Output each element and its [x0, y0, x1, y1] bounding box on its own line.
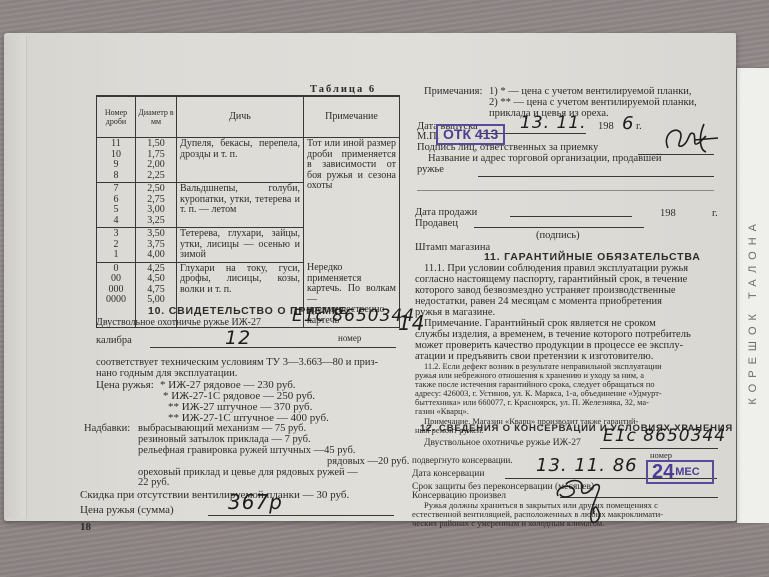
total-price-handwritten[interactable]: 367р [228, 490, 283, 514]
store-line-2 [417, 190, 714, 191]
surcharge-item: 22 руб. [138, 477, 169, 489]
protection-stamp: 24 МЕС [646, 460, 714, 484]
seller-line [474, 227, 644, 228]
next-page-vertical-text: КОРЕШОК ТАЛОНА [747, 218, 759, 405]
subjected-label: подвергнуто консервации. [412, 454, 513, 466]
serial-number-handwritten: E1c 8650344 [292, 306, 415, 326]
notes-label: Примечания: [424, 86, 482, 98]
shop-stamp-label: Штамп магазина [415, 242, 490, 254]
header-diameter: Диаметр в мм [136, 96, 177, 138]
acceptance-signature-icon [660, 118, 720, 158]
section-11-title: 11. ГАРАНТИЙНЫЕ ОБЯЗАТЕЛЬСТВА [484, 251, 701, 263]
number-label: номер [338, 332, 361, 344]
store-label: Название и адрес торговой организации, п… [428, 153, 662, 165]
caliber-line [150, 347, 396, 348]
game-cell: Вальдшнепы, голуби, куропатки, утки, тет… [177, 183, 304, 228]
warranty-text-small: 11.2. Если дефект возник в результате не… [424, 362, 662, 371]
shot-numbers: 321 [97, 228, 136, 263]
protection-stamp-unit: МЕС [675, 466, 699, 478]
warranty-text-small: также после истечения гарантийного срока… [415, 380, 655, 389]
discount-text: Скидка при отсутствии вентилируемой план… [80, 489, 349, 501]
store-line [478, 176, 714, 177]
conservation-gun-label: Двуствольное охотничье ружье ИЖ-27 [424, 437, 581, 449]
conservation-date-handwritten[interactable]: 13. 11. 86 [536, 455, 638, 476]
conservation-serial-handwritten: E1c 8650344 [603, 426, 726, 446]
signature-hint: (подпись) [536, 230, 580, 242]
page-stack-edge [4, 36, 27, 518]
next-page-edge: КОРЕШОК ТАЛОНА [737, 68, 769, 523]
caliber-label: калибра [96, 335, 132, 347]
release-year-prefix: 198 [598, 121, 614, 133]
surcharge-item: рельефная гравировка ружей штучных —45 р… [138, 445, 355, 457]
page-number: 18 [80, 521, 91, 533]
note-cell: Тот или иной размер дроби применяется в … [304, 138, 400, 263]
total-price-label: Цена ружья (сумма) [80, 504, 174, 516]
sale-date-line [510, 216, 632, 217]
table-row-group-1: 111098 1,501,752,002,25 Дупеля, бекасы, … [97, 138, 400, 183]
diameters: 2,502,753,003,25 [136, 183, 177, 228]
header-note: Примечание [304, 96, 400, 138]
surcharge-item: ореховый приклад и цевье для рядовых руж… [138, 467, 358, 479]
storage-text: ческих районах с умеренным и холодным кл… [412, 519, 604, 528]
warranty-text-small: газин «Кварц». [415, 407, 469, 416]
release-year-handwritten[interactable]: 6 [622, 113, 634, 134]
shot-numbers: 7654 [97, 183, 136, 228]
diameters: 1,501,752,002,25 [136, 138, 177, 183]
seller-label: Продавец [415, 218, 458, 230]
total-price-line [208, 515, 394, 516]
protection-stamp-number: 24 [652, 462, 674, 482]
diameters: 3,503,754,00 [136, 228, 177, 263]
surcharge-label: Надбавки: [84, 423, 130, 435]
header-game: Дичь [177, 96, 304, 138]
game-cell: Тетерева, глухари, зайцы, утки, лисицы —… [177, 228, 304, 263]
sale-year-suffix: г. [712, 208, 718, 220]
header-shot-number: Номер дроби [97, 96, 136, 138]
caliber-handwritten[interactable]: 12 [225, 327, 251, 349]
conservation-date-label: Дата консервации [412, 468, 484, 480]
release-date-handwritten[interactable]: 13. 11. [520, 113, 586, 133]
shot-numbers: 111098 [97, 138, 136, 183]
price-label: Цена ружья: [96, 379, 154, 391]
game-cell: Дупеля, бекасы, перепела, дрозды и т. п. [177, 138, 304, 183]
sale-year: 198 [660, 208, 676, 220]
year-suffix: г. [636, 121, 642, 133]
warranty-text-small: ружья или небрежного отношения к хранени… [415, 371, 644, 380]
warranty-text-small: адресу: 426003, г. Устинов, ул. К. Маркс… [415, 389, 662, 398]
warranty-text-small: быттехника» или 660077, г. Красноярск, у… [415, 398, 649, 407]
store-label-cont: ружье [417, 164, 444, 176]
shot-size-table: Номер дроби Диаметр в мм Дичь Примечание… [96, 95, 400, 328]
